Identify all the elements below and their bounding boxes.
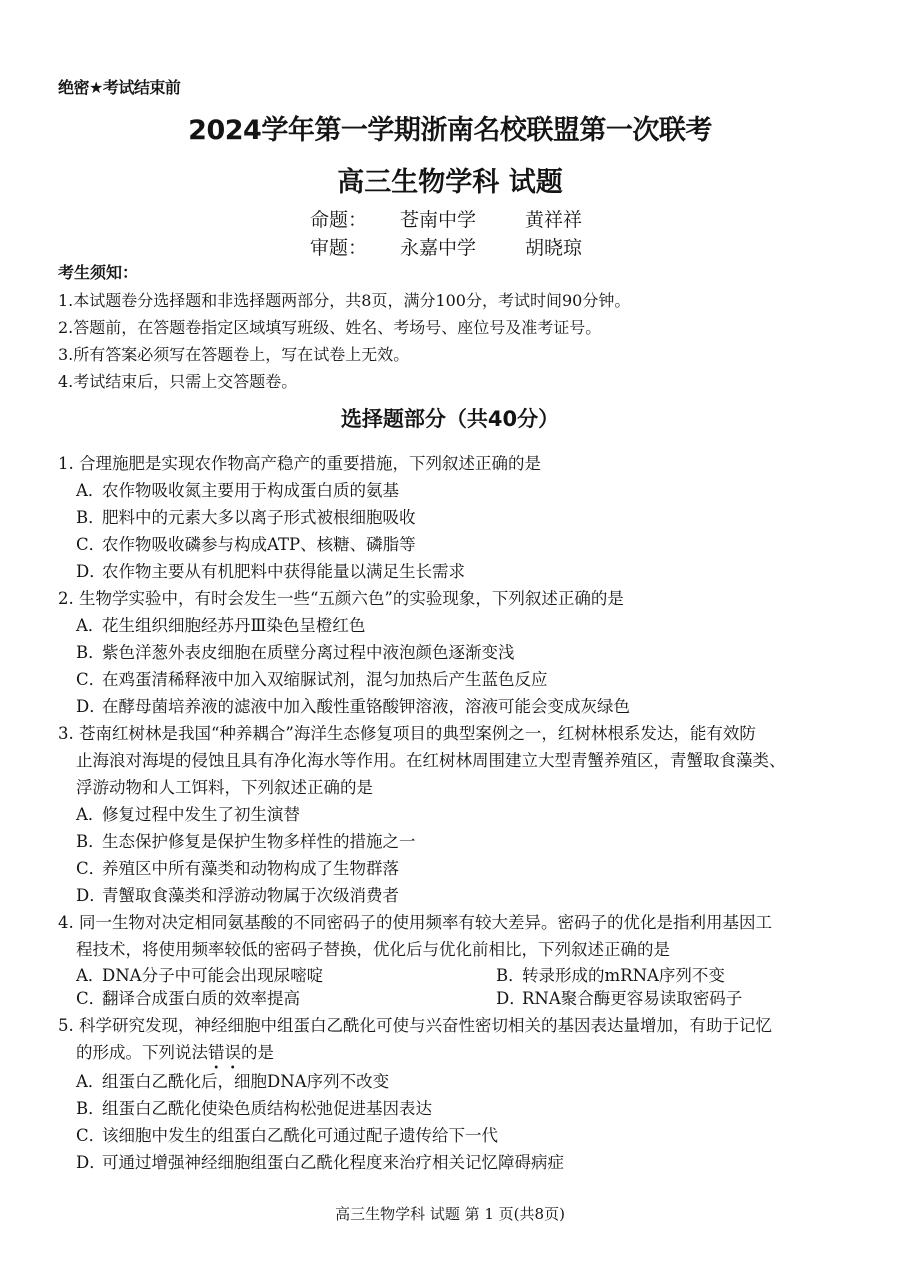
option-text: 花生组织细胞经苏丹Ⅲ染色呈橙红色 [102, 616, 365, 635]
question-number: 5. [58, 1016, 74, 1035]
question-number: 3. [58, 724, 74, 743]
question-number: 1. [58, 454, 74, 473]
option-label: D． [76, 693, 102, 717]
confidential-label: 绝密★考试结束前 [58, 75, 180, 98]
option-label: A． [76, 962, 102, 986]
option-text: 可通过增强神经细胞组蛋白乙酰化程度来治疗相关记忆障碍病症 [102, 1153, 564, 1172]
option-label: C． [76, 666, 102, 690]
option-text: 该细胞中发生的组蛋白乙酰化可通过配子遗传给下一代 [102, 1126, 498, 1145]
question-2-option-c[interactable]: C．在鸡蛋清稀释液中加入双缩脲试剂，混匀加热后产生蓝色反应 [76, 666, 548, 690]
credit-role: 命题： [310, 205, 400, 232]
stem-text: 的形成。下列说法 [76, 1043, 208, 1062]
option-text: 组蛋白乙酰化后，细胞DNA序列不改变 [102, 1072, 389, 1091]
section-title: 选择题部分（共40分） [0, 403, 900, 433]
credit-setter: 命题：苍南中学黄祥祥 [310, 205, 582, 232]
question-1-option-b[interactable]: B．肥料中的元素大多以离子形式被根细胞吸收 [76, 504, 416, 528]
question-3-option-d[interactable]: D．青蟹取食藻类和浮游动物属于次级消费者 [76, 882, 399, 906]
option-label: C． [76, 985, 102, 1009]
question-5-option-b[interactable]: B．组蛋白乙酰化使染色质结构松弛促进基因表达 [76, 1095, 432, 1119]
emphasis-dot-char: 误 [225, 1043, 242, 1062]
option-text: 养殖区中所有藻类和动物构成了生物群落 [102, 859, 399, 878]
credit-person: 胡晓琼 [525, 233, 582, 260]
page-footer: 高三生物学科 试题 第 1 页(共8页) [0, 1203, 900, 1224]
option-text: 转录形成的mRNA序列不变 [522, 966, 725, 985]
question-3-stem: 3. 苍南红树林是我国“种养耦合”海洋生态修复项目的典型案例之一，红树林根系发达… [58, 720, 756, 744]
option-text: 农作物吸收氮主要用于构成蛋白质的氨基 [102, 481, 399, 500]
exam-page: 绝密★考试结束前 2024学年第一学期浙南名校联盟第一次联考 高三生物学科 试题… [0, 0, 900, 1270]
question-3-option-c[interactable]: C．养殖区中所有藻类和动物构成了生物群落 [76, 855, 399, 879]
credit-person: 黄祥祥 [525, 205, 582, 232]
question-5-option-d[interactable]: D．可通过增强神经细胞组蛋白乙酰化程度来治疗相关记忆障碍病症 [76, 1149, 564, 1173]
question-5-option-c[interactable]: C．该细胞中发生的组蛋白乙酰化可通过配子遗传给下一代 [76, 1122, 498, 1146]
option-text: 紫色洋葱外表皮细胞在质壁分离过程中液泡颜色逐渐变浅 [102, 643, 515, 662]
notice-heading: 考生须知： [58, 260, 138, 283]
option-label: C． [76, 531, 102, 555]
question-3-stem-cont: 浮游动物和人工饵料，下列叙述正确的是 [76, 774, 373, 798]
emphasis-dot-char: 错 [208, 1043, 225, 1062]
option-label: A． [76, 801, 102, 825]
option-text: 翻译合成蛋白质的效率提高 [102, 989, 300, 1008]
option-label: D． [76, 882, 102, 906]
option-label: B． [76, 828, 102, 852]
exam-subtitle: 高三生物学科 试题 [0, 160, 900, 199]
option-label: C． [76, 855, 102, 879]
option-text: 农作物吸收磷参与构成ATP、核糖、磷脂等 [102, 535, 416, 554]
notice-item: 3.所有答案必须写在答题卷上，写在试卷上无效。 [58, 342, 409, 365]
option-label: B． [76, 1095, 102, 1119]
notice-item: 1.本试题卷分选择题和非选择题两部分，共8页，满分100分，考试时间90分钟。 [58, 288, 630, 311]
question-2-option-d[interactable]: D．在酵母菌培养液的滤液中加入酸性重铬酸钾溶液，溶液可能会变成灰绿色 [76, 693, 630, 717]
question-stem-line: 生物学实验中，有时会发生一些“五颜六色”的实验现象，下列叙述正确的是 [79, 589, 624, 608]
question-1-option-c[interactable]: C．农作物吸收磷参与构成ATP、核糖、磷脂等 [76, 531, 416, 555]
option-text: RNA聚合酶更容易读取密码子 [522, 989, 742, 1008]
question-5-stem: 5. 科学研究发现，神经细胞中组蛋白乙酰化可使与兴奋性密切相关的基因表达量增加，… [58, 1012, 772, 1036]
question-stem-line: 同一生物对决定相同氨基酸的不同密码子的使用频率有较大差异。密码子的优化是指利用基… [79, 913, 772, 932]
question-1-stem: 1. 合理施肥是实现农作物高产稳产的重要措施，下列叙述正确的是 [58, 450, 541, 474]
question-2-option-a[interactable]: A．花生组织细胞经苏丹Ⅲ染色呈橙红色 [76, 612, 365, 636]
question-1-option-d[interactable]: D．农作物主要从有机肥料中获得能量以满足生长需求 [76, 558, 465, 582]
option-label: A． [76, 612, 102, 636]
question-3-option-a[interactable]: A．修复过程中发生了初生演替 [76, 801, 300, 825]
option-text: 肥料中的元素大多以离子形式被根细胞吸收 [102, 508, 416, 527]
option-label: B． [76, 639, 102, 663]
option-label: D． [76, 1149, 102, 1173]
question-2-option-b[interactable]: B．紫色洋葱外表皮细胞在质壁分离过程中液泡颜色逐渐变浅 [76, 639, 515, 663]
credit-school: 永嘉中学 [400, 233, 525, 260]
question-4-option-d[interactable]: D．RNA聚合酶更容易读取密码子 [496, 985, 742, 1009]
option-text: 青蟹取食藻类和浮游动物属于次级消费者 [102, 886, 399, 905]
credit-role: 审题： [310, 233, 400, 260]
question-5-stem-cont: 的形成。下列说法错误的是 [76, 1039, 274, 1063]
question-3-option-b[interactable]: B．生态保护修复是保护生物多样性的措施之一 [76, 828, 416, 852]
question-4-stem-cont: 程技术，将使用频率较低的密码子替换，优化后与优化前相比，下列叙述正确的是 [76, 936, 670, 960]
question-4-option-a[interactable]: A．DNA分子中可能会出现尿嘧啶 [76, 962, 323, 986]
option-text: DNA分子中可能会出现尿嘧啶 [102, 966, 323, 985]
question-1-option-a[interactable]: A．农作物吸收氮主要用于构成蛋白质的氨基 [76, 477, 399, 501]
credit-reviewer: 审题：永嘉中学胡晓琼 [310, 233, 582, 260]
option-text: 在鸡蛋清稀释液中加入双缩脲试剂，混匀加热后产生蓝色反应 [102, 670, 548, 689]
option-label: B． [76, 504, 102, 528]
question-stem-line: 苍南红树林是我国“种养耦合”海洋生态修复项目的典型案例之一，红树林根系发达，能有… [79, 724, 756, 743]
question-number: 2. [58, 589, 74, 608]
question-4-option-b[interactable]: B．转录形成的mRNA序列不变 [496, 962, 725, 986]
option-text: 在酵母菌培养液的滤液中加入酸性重铬酸钾溶液，溶液可能会变成灰绿色 [102, 697, 630, 716]
option-label: D． [76, 558, 102, 582]
exam-title: 2024学年第一学期浙南名校联盟第一次联考 [0, 108, 900, 147]
option-label: B． [496, 962, 522, 986]
question-stem-line: 合理施肥是实现农作物高产稳产的重要措施，下列叙述正确的是 [79, 454, 541, 473]
question-5-option-a[interactable]: A．组蛋白乙酰化后，细胞DNA序列不改变 [76, 1068, 389, 1092]
question-3-stem-cont: 止海浪对海堤的侵蚀且具有净化海水等作用。在红树林周围建立大型青蟹养殖区，青蟹取食… [76, 747, 786, 771]
notice-item: 2.答题前，在答题卷指定区域填写班级、姓名、考场号、座位号及准考证号。 [58, 315, 601, 338]
question-4-stem: 4. 同一生物对决定相同氨基酸的不同密码子的使用频率有较大差异。密码子的优化是指… [58, 909, 772, 933]
option-label: D． [496, 985, 522, 1009]
option-label: C． [76, 1122, 102, 1146]
option-text: 生态保护修复是保护生物多样性的措施之一 [102, 832, 416, 851]
option-text: 组蛋白乙酰化使染色质结构松弛促进基因表达 [102, 1099, 432, 1118]
credit-school: 苍南中学 [400, 205, 525, 232]
question-4-option-c[interactable]: C．翻译合成蛋白质的效率提高 [76, 985, 300, 1009]
stem-text: 的是 [241, 1043, 274, 1062]
question-2-stem: 2. 生物学实验中，有时会发生一些“五颜六色”的实验现象，下列叙述正确的是 [58, 585, 624, 609]
option-text: 农作物主要从有机肥料中获得能量以满足生长需求 [102, 562, 465, 581]
option-text: 修复过程中发生了初生演替 [102, 805, 300, 824]
question-number: 4. [58, 913, 74, 932]
option-label: A． [76, 477, 102, 501]
question-stem-line: 科学研究发现，神经细胞中组蛋白乙酰化可使与兴奋性密切相关的基因表达量增加，有助于… [79, 1016, 772, 1035]
option-label: A． [76, 1068, 102, 1092]
notice-item: 4.考试结束后，只需上交答题卷。 [58, 369, 297, 392]
